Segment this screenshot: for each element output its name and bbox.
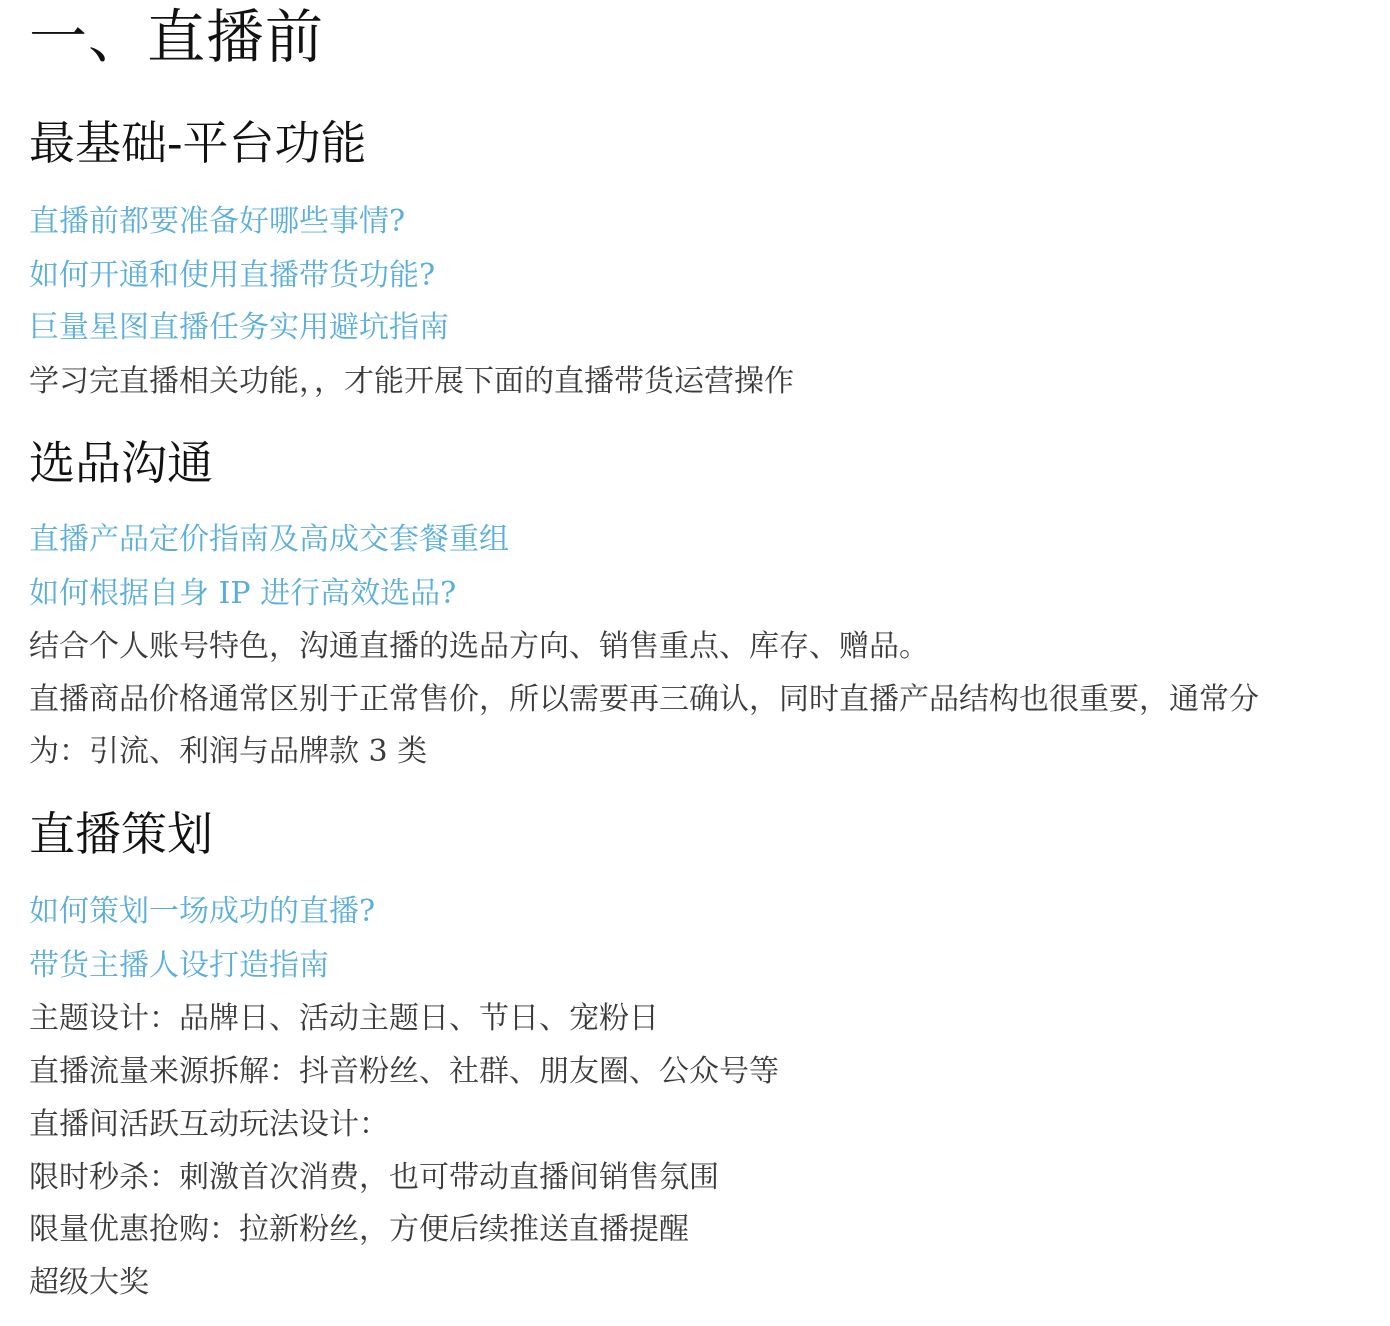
section-heading-platform: 最基础-平台功能 xyxy=(29,120,367,166)
paragraph-pricing-structure: 直播商品价格通常区别于正常售价，所以需要再三确认，同时直播产品结构也很重要，通常… xyxy=(29,685,1259,715)
paragraph-account-features: 结合个人账号特色，沟通直播的选品方向、销售重点、库存、赠品。 xyxy=(29,632,929,662)
paragraph-flash-sale: 限时秒杀：刺激首次消费，也可带动直播间销售氛围 xyxy=(29,1163,719,1193)
link-plan-successful-live[interactable]: 如何策划一场成功的直播? xyxy=(29,897,375,927)
paragraph-limited-offer: 限量优惠抢购：拉新粉丝，方便后续推送直播提醒 xyxy=(29,1215,689,1245)
link-pricing-guide[interactable]: 直播产品定价指南及高成交套餐重组 xyxy=(29,525,509,555)
link-xingtu-guide[interactable]: 巨量星图直播任务实用避坑指南 xyxy=(29,313,449,343)
paragraph-interaction-design: 直播间活跃互动玩法设计： xyxy=(29,1110,389,1140)
link-ip-selection[interactable]: 如何根据自身 IP 进行高效选品? xyxy=(29,579,456,609)
section-heading-product-selection: 选品沟通 xyxy=(29,440,213,486)
paragraph-grand-prize: 超级大奖 xyxy=(29,1268,149,1298)
paragraph-traffic-sources: 直播流量来源拆解：抖音粉丝、社群、朋友圈、公众号等 xyxy=(29,1057,779,1087)
paragraph-learn-features: 学习完直播相关功能，，才能开展下面的直播带货运营操作 xyxy=(29,367,794,397)
paragraph-theme-design: 主题设计：品牌日、活动主题日、节日、宠粉日 xyxy=(29,1004,659,1034)
link-enable-live-selling[interactable]: 如何开通和使用直播带货功能? xyxy=(29,261,435,291)
link-host-persona-guide[interactable]: 带货主播人设打造指南 xyxy=(29,951,329,981)
section-heading-live-planning: 直播策划 xyxy=(29,811,213,857)
link-prep-before-live[interactable]: 直播前都要准备好哪些事情? xyxy=(29,207,405,237)
page-title: 一、直播前 xyxy=(29,8,324,66)
paragraph-product-types: 为：引流、利润与品牌款 3 类 xyxy=(29,737,427,767)
